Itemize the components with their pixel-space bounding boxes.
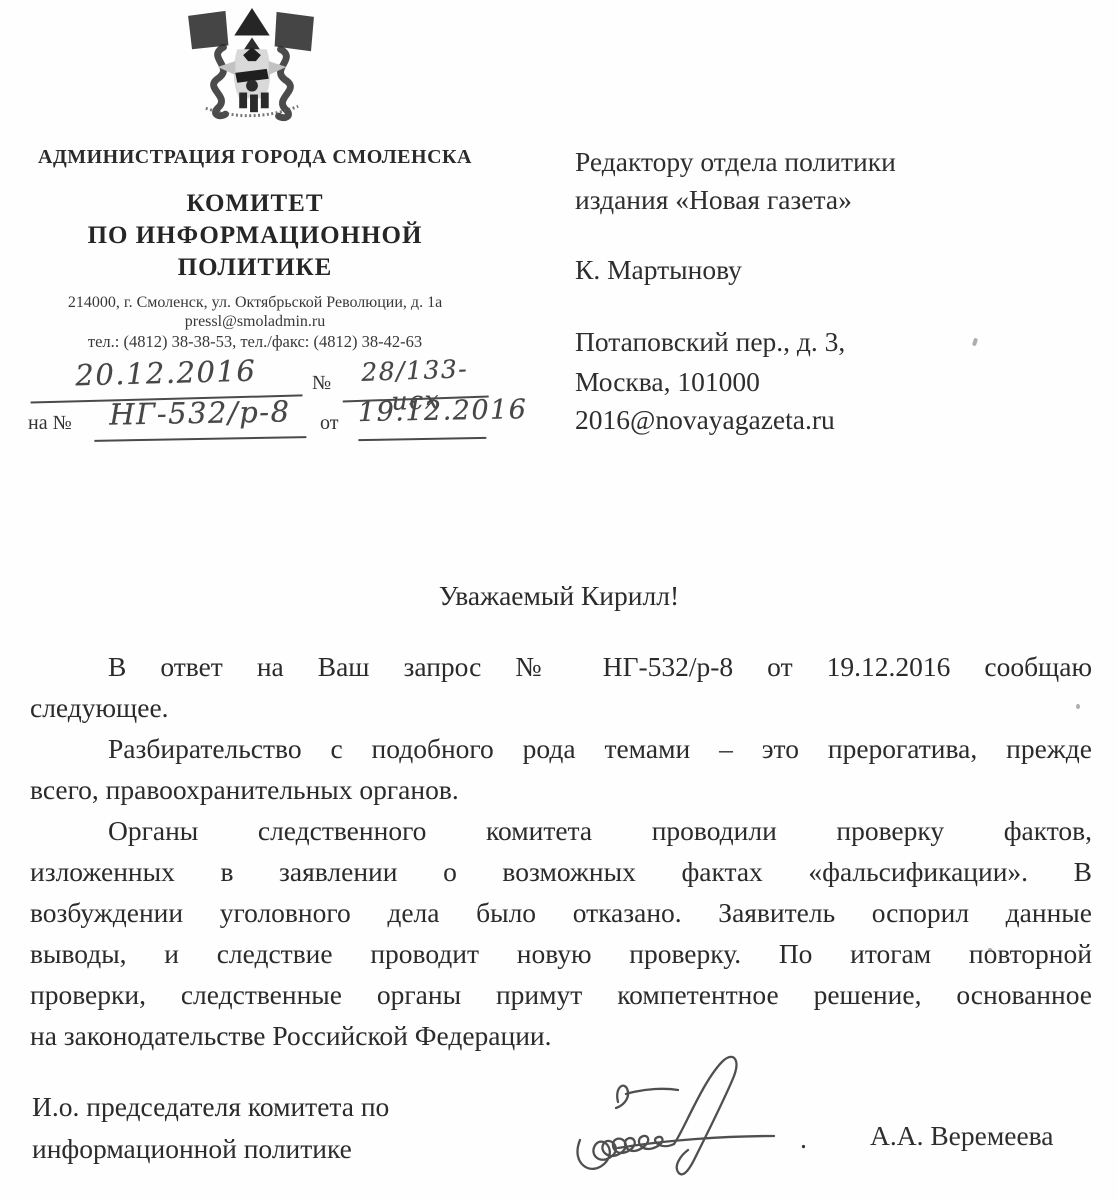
base-center bbox=[250, 95, 258, 113]
body-line: на законодательстве Российской Федерации… bbox=[30, 1015, 1092, 1056]
org-name-line4: ПОЛИТИКЕ bbox=[20, 254, 490, 282]
body-line: Органы следственного комитета проводили … bbox=[30, 810, 1092, 851]
letter-body: В ответ на Ваш запрос № НГ-532/р-8 от 19… bbox=[30, 646, 1092, 1056]
body-line: Разбирательство с подобного рода темами … bbox=[30, 728, 1092, 769]
body-line: В ответ на Ваш запрос № НГ-532/р-8 от 19… bbox=[30, 646, 1092, 687]
org-name-line2: КОМИТЕТ bbox=[20, 190, 490, 218]
reference-number-field: НГ-532/р-8 bbox=[94, 394, 307, 442]
signature-bar bbox=[626, 1089, 678, 1094]
signer-title-line2: информационной политике bbox=[32, 1128, 552, 1170]
org-phone: тел.: (4812) 38-38-53, тел./факс: (4812)… bbox=[20, 332, 490, 352]
scanned-letter-page: АДМИНИСТРАЦИЯ ГОРОДА СМОЛЕНСКА КОМИТЕТ П… bbox=[0, 0, 1118, 1200]
right-flag bbox=[275, 12, 314, 51]
body-line: проверки, следственные органы примут ком… bbox=[30, 974, 1092, 1015]
signer-name: А.А. Веремеева bbox=[870, 1120, 1054, 1152]
recipient-title-line1: Редактору отдела политики bbox=[575, 146, 1105, 178]
signature-scribble-icon bbox=[566, 1044, 816, 1194]
body-line: выводы, и следствие проводит новую прове… bbox=[30, 933, 1092, 974]
recipient-title-line2: издания «Новая газета» bbox=[575, 184, 1105, 216]
reference-label: на № bbox=[28, 412, 72, 435]
signature-loops bbox=[577, 1136, 674, 1169]
crown-cap bbox=[234, 8, 269, 36]
body-line: возбуждении уголовного дела было отказан… bbox=[30, 892, 1092, 933]
org-name-line1: АДМИНИСТРАЦИЯ ГОРОДА СМОЛЕНСКА bbox=[20, 146, 490, 169]
reference-date-field: 19.12.2016 bbox=[358, 395, 487, 441]
scan-speckle bbox=[988, 948, 992, 952]
right-ribbon bbox=[279, 49, 291, 117]
base-left bbox=[239, 93, 247, 109]
org-postal-address: 214000, г. Смоленск, ул. Октябрьской Рев… bbox=[20, 294, 490, 312]
reference-number-value: НГ-532/р-8 bbox=[109, 394, 291, 431]
left-ribbon bbox=[214, 47, 226, 115]
reference-date-value: 19.12.2016 bbox=[358, 394, 528, 428]
body-line: всего, правоохранительных органов. bbox=[30, 769, 1092, 810]
body-line: следующее. bbox=[30, 687, 1092, 728]
outgoing-date-value: 20.12.2016 bbox=[75, 354, 257, 393]
left-flag bbox=[188, 11, 228, 49]
recipient-name: К. Мартынову bbox=[575, 254, 1105, 286]
salutation: Уважаемый Кирилл! bbox=[0, 580, 1118, 612]
signer-title-line1: И.о. председателя комитета по bbox=[32, 1086, 552, 1128]
signature-ascender bbox=[674, 1057, 736, 1174]
recipient-email: 2016@novayagazeta.ru bbox=[575, 404, 1105, 436]
org-email: pressl@smoladmin.ru bbox=[20, 313, 490, 331]
signature-period: . bbox=[800, 1124, 807, 1156]
signer-title: И.о. председателя комитета по информацио… bbox=[32, 1086, 552, 1170]
recipient-address-line2: Москва, 101000 bbox=[575, 366, 1105, 398]
number-label: № bbox=[312, 372, 331, 395]
smolensk-coat-of-arms-icon bbox=[178, 6, 326, 124]
recipient-address-line1: Потаповский пер., д. 3, bbox=[575, 326, 1105, 358]
scan-speckle bbox=[1076, 704, 1080, 709]
org-name-line3: ПО ИНФОРМАЦИОННОЙ bbox=[20, 222, 490, 250]
reference-date-label: от bbox=[320, 412, 338, 435]
base-right bbox=[261, 93, 269, 109]
signature-flourish bbox=[616, 1086, 628, 1108]
cannon-wheel bbox=[246, 80, 258, 92]
body-line: изложенных в заявлении о возможных факта… bbox=[30, 851, 1092, 892]
